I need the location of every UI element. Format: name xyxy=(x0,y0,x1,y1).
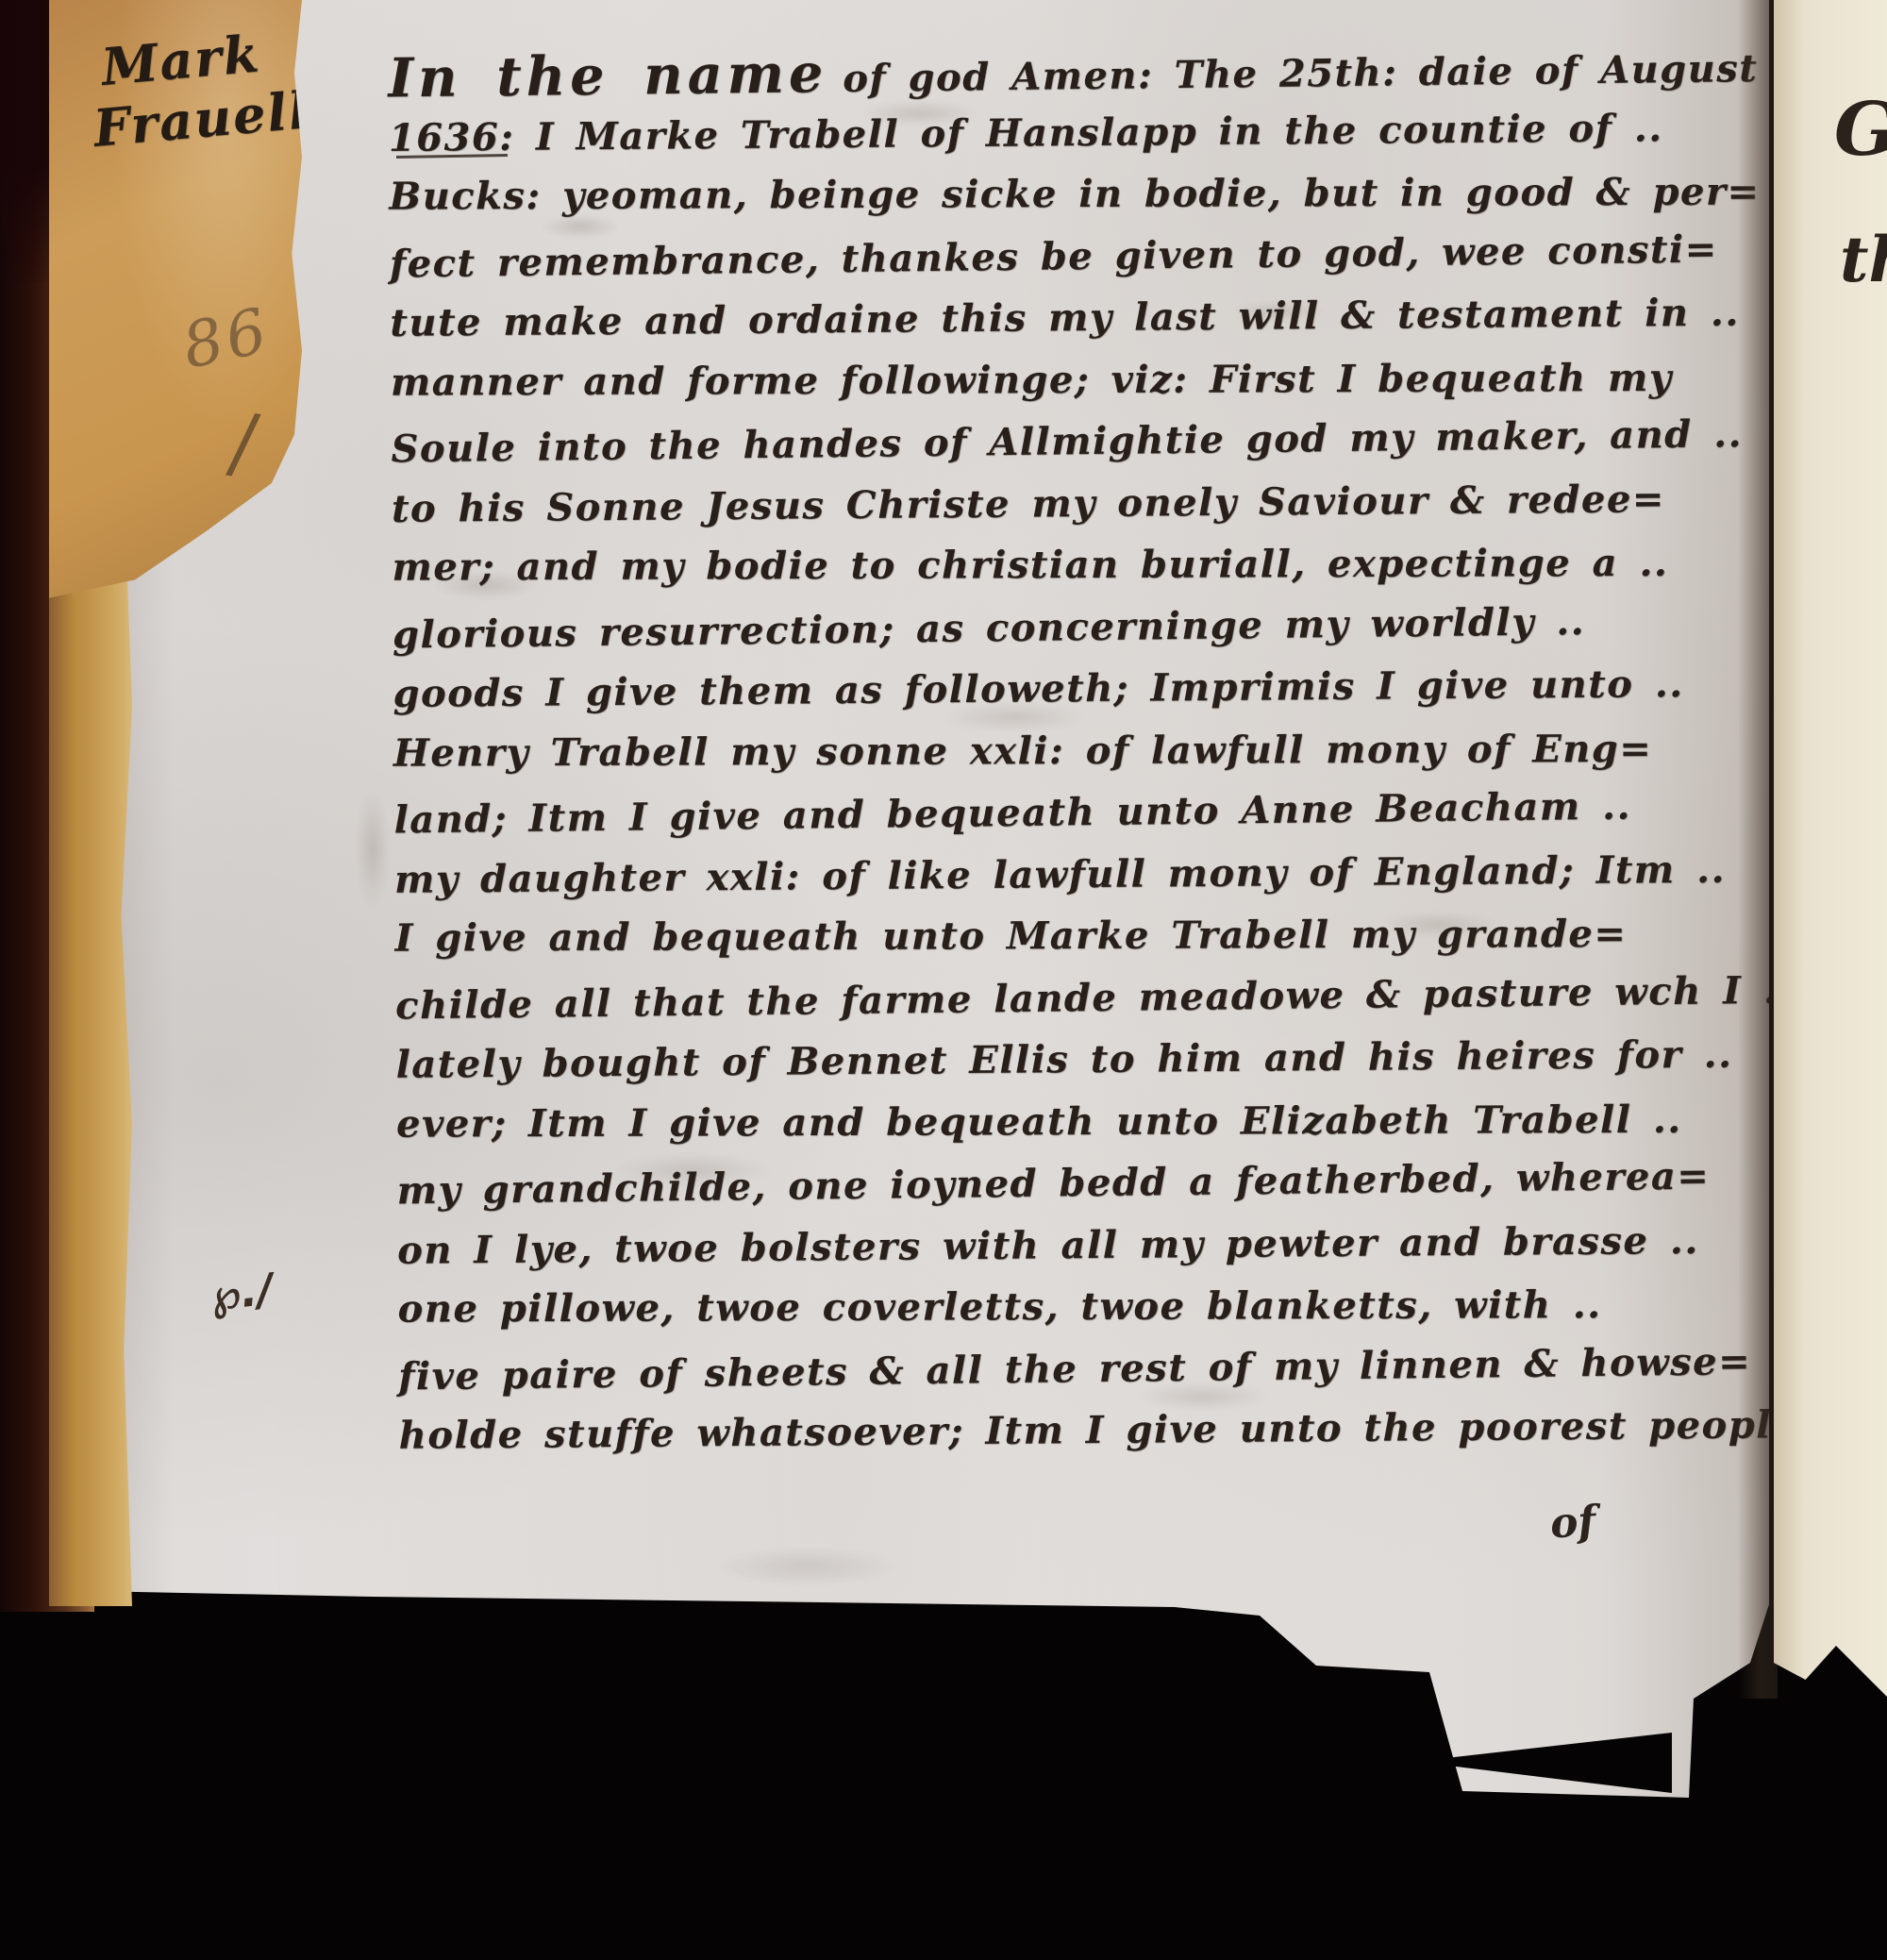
folio-number: 86 xyxy=(176,293,276,382)
will-text-block: In the nameof god Amen: The 25th: daie o… xyxy=(388,34,1795,1466)
manuscript-line: ever; Itm I give and bequeath unto Eliza… xyxy=(396,1088,1793,1155)
folio-number-slash: / xyxy=(224,395,263,491)
facing-page-edge: G th xyxy=(1774,0,1887,1697)
facing-page-partial-letter: G xyxy=(1834,87,1887,173)
manuscript-photo: In the nameof god Amen: The 25th: daie o… xyxy=(0,0,1887,1960)
manuscript-line: one pillowe, twoe coverletts, twoe blank… xyxy=(398,1273,1795,1340)
manuscript-line: I give and bequeath unto Marke Trabell m… xyxy=(394,902,1791,969)
facing-page-partial-letter: th xyxy=(1840,223,1887,296)
catchword: of xyxy=(1548,1497,1597,1548)
manuscript-line: mer; and my bodie to christian buriall, … xyxy=(392,531,1788,598)
line-remainder: of god Amen: The 25th: daie of August .. xyxy=(843,45,1809,101)
probate-margin-mark: ℘./ xyxy=(208,1264,276,1321)
opening-words: In the name xyxy=(388,42,828,109)
manuscript-line: Bucks: yeoman, beinge sicke in bodie, bu… xyxy=(389,160,1785,227)
manuscript-page: In the nameof god Amen: The 25th: daie o… xyxy=(90,0,1769,1807)
manuscript-line: Henry Trabell my sonne xxli: of lawfull … xyxy=(393,717,1790,784)
page-gutter-shadow xyxy=(1738,0,1778,1699)
manuscript-line: manner and forme followinge; viz: First … xyxy=(391,346,1787,413)
